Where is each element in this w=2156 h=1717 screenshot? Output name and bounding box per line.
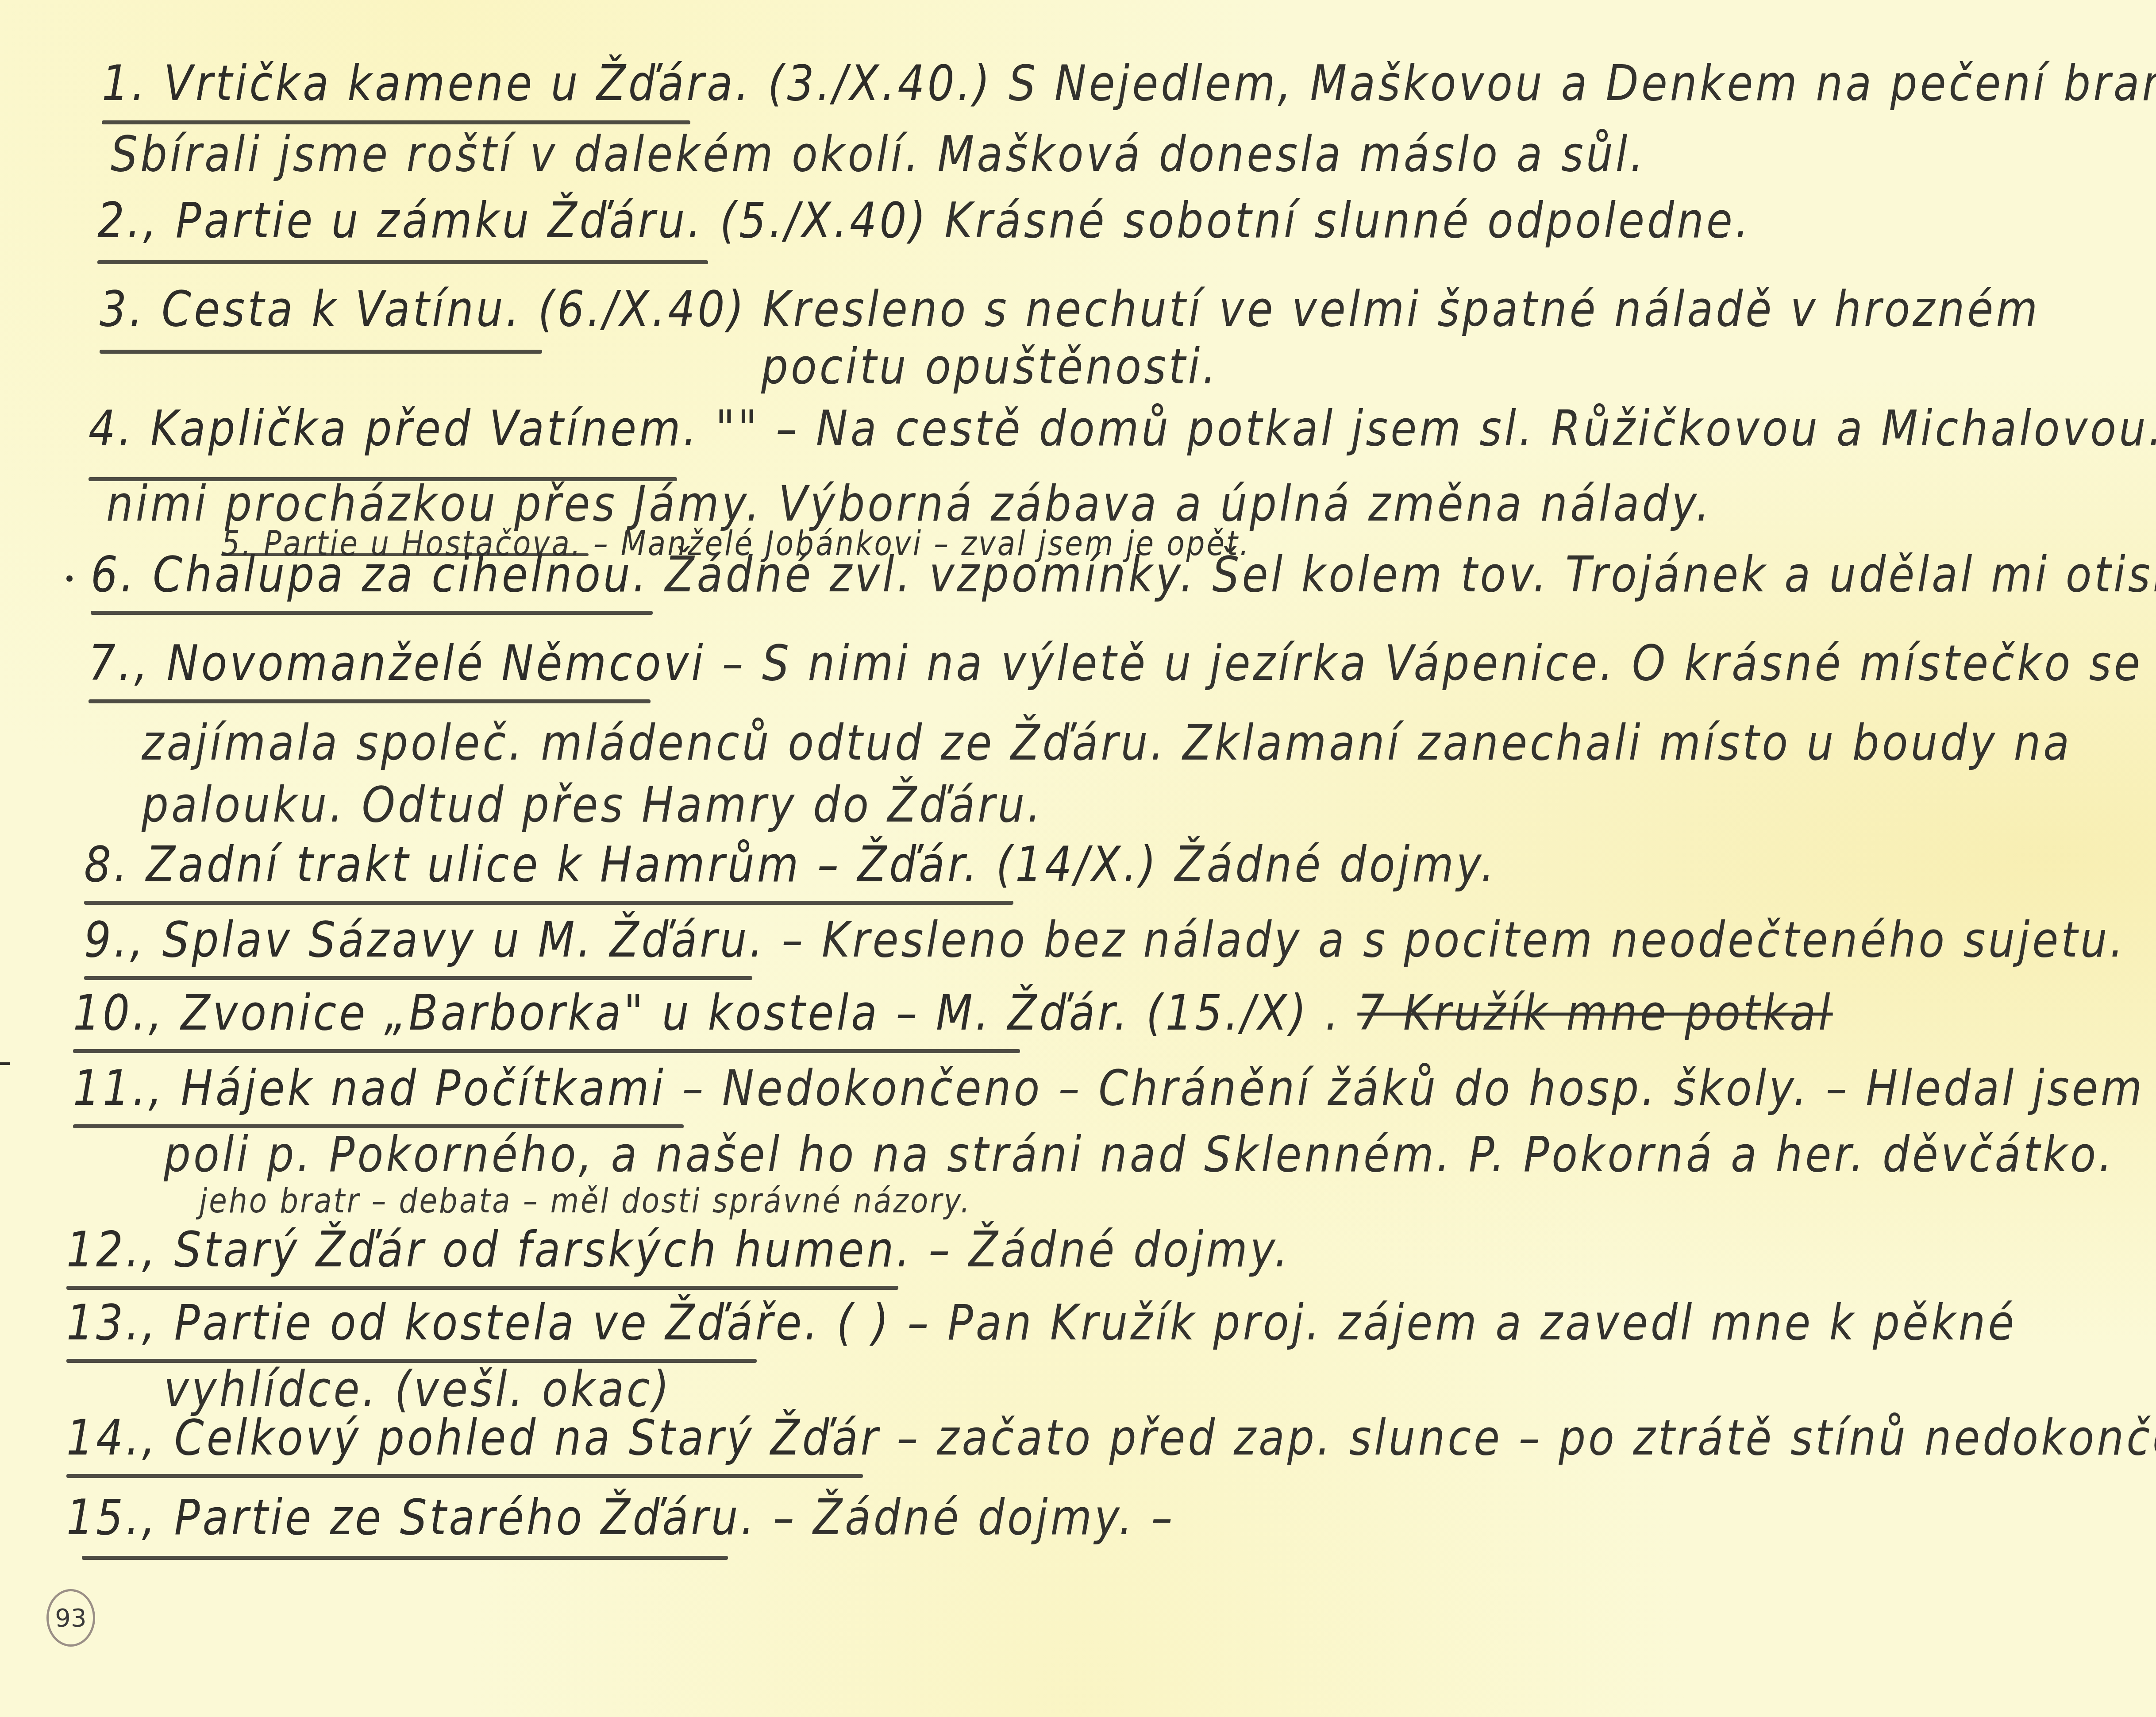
entry-number: 7., xyxy=(89,634,150,691)
title-underline xyxy=(100,350,542,354)
entry-number: 13., xyxy=(66,1294,158,1351)
margin-mark xyxy=(0,1062,10,1065)
entry-12-heading: 12., Starý Žďár od farských humen. – Žád… xyxy=(66,1221,1291,1278)
entry-number: 4. xyxy=(89,400,135,457)
entry-number: 11., xyxy=(73,1059,165,1116)
entry-2-heading: 2., Partie u zámku Žďáru. (5./X.40) Krás… xyxy=(97,192,1751,249)
entry-title: Hájek nad Počítkami xyxy=(181,1059,666,1116)
entry-date: (15./X) xyxy=(1146,984,1309,1041)
entry-note: Žádné zvl. vzpomínky. Šel kolem tov. Tro… xyxy=(665,546,2156,603)
entry-title: Partie ze Starého Žďáru. xyxy=(174,1489,757,1546)
entry-13-heading: 13., Partie od kostela ve Žďáře. ( ) – P… xyxy=(66,1294,2017,1351)
entry-note: – S nimi na výletě u jezírka Vápenice. O… xyxy=(722,634,2143,691)
entry-number: 8. xyxy=(84,836,130,893)
struck-text: 7 Kružík mne potkal xyxy=(1357,984,1833,1041)
entry-note: – Na cestě domů potkal jsem sl. Růžičkov… xyxy=(776,400,2156,457)
entry-number: 15., xyxy=(66,1489,158,1546)
title-underline xyxy=(66,1474,863,1478)
entry-date: ( ) xyxy=(837,1294,891,1351)
title-underline xyxy=(97,260,708,264)
entry-date: (5./X.40) xyxy=(720,192,928,249)
entry-note: – Nedokončeno – Chránění žáků do hosp. š… xyxy=(682,1059,2156,1116)
entry-title: Zvonice „Barborka" u kostela – M. Žďár. xyxy=(181,984,1130,1041)
title-underline xyxy=(102,120,690,124)
entry-note: Kresleno s nechutí ve velmi špatné nálad… xyxy=(763,280,2040,337)
entry-number: 14., xyxy=(66,1409,158,1466)
entry-date: (6./X.40) xyxy=(538,280,747,337)
entry-title: Cesta k Vatínu. xyxy=(162,280,522,337)
entry-note: – začato před zap. slunce – po ztrátě st… xyxy=(897,1409,2156,1466)
entry-3-heading: 3. Cesta k Vatínu. (6./X.40) Kresleno s … xyxy=(100,280,2040,337)
page-number: 93 xyxy=(55,1604,86,1632)
title-underline xyxy=(66,1286,898,1290)
entry-note: – Pan Kružík proj. zájem a zavedl mne k … xyxy=(907,1294,2017,1351)
entry-date: "" xyxy=(716,400,760,457)
page-number-circle: 93 xyxy=(46,1589,95,1647)
entry-date: (14/X.) xyxy=(996,836,1159,893)
title-underline xyxy=(84,976,752,980)
entry-note-line: zajímala společ. mládenců odtud ze Žďáru… xyxy=(142,714,2072,771)
entry-note-line: jeho bratr – debata – měl dosti správné … xyxy=(199,1181,971,1220)
entry-note-line: Sbírali jsme roští v dalekém okolí. Mašk… xyxy=(111,125,1646,182)
handwritten-page: 1. Vrtička kamene u Žďára. (3./X.40.) S … xyxy=(0,0,2156,1717)
entry-title: Novomanželé Němcovi xyxy=(167,634,706,691)
entry-title: Kaplička před Vatínem. xyxy=(150,400,699,457)
entry-note: – Kresleno bez nálady a s pocitem neodeč… xyxy=(782,911,2126,968)
entry-number: 1. xyxy=(102,54,148,112)
entry-15-heading: 15., Partie ze Starého Žďáru. – Žádné do… xyxy=(66,1489,1175,1546)
entry-title: Splav Sázavy u M. Žďáru. xyxy=(162,911,766,968)
title-underline xyxy=(82,1556,728,1560)
title-underline xyxy=(89,699,651,703)
entry-number: 12., xyxy=(66,1221,158,1278)
entry-date: (3./X.40.) xyxy=(768,54,993,112)
entry-note-line: poli p. Pokorného, a našel ho na stráni … xyxy=(164,1126,2115,1183)
entry-note-line: pocitu opuštěnosti. xyxy=(761,338,1219,395)
entry-note: – Žádné dojmy. xyxy=(928,1221,1290,1278)
entry-10-heading: 10., Zvonice „Barborka" u kostela – M. Ž… xyxy=(73,984,1833,1041)
entry-note: . xyxy=(1325,984,1341,1041)
title-underline xyxy=(73,1049,1020,1053)
entry-number: 9., xyxy=(84,911,146,968)
entry-7-heading: 7., Novomanželé Němcovi – S nimi na výle… xyxy=(89,634,2143,691)
entry-note-line: palouku. Odtud přes Hamry do Žďáru. xyxy=(142,776,1043,833)
entry-6-heading: 6. Chalupa za cihelnou. Žádné zvl. vzpom… xyxy=(91,546,2156,603)
entry-9-heading: 9., Splav Sázavy u M. Žďáru. – Kresleno … xyxy=(84,911,2126,968)
entry-title: Partie u zámku Žďáru. xyxy=(176,192,704,249)
entry-11-heading: 11., Hájek nad Počítkami – Nedokončeno –… xyxy=(73,1059,2156,1116)
entry-8-heading: 8. Zadní trakt ulice k Hamrům – Žďár. (1… xyxy=(84,836,1497,893)
margin-mark xyxy=(66,575,73,582)
entry-title: Vrtička kamene u Žďára. xyxy=(164,54,751,112)
entry-number: 3. xyxy=(100,280,146,337)
entry-title: Chalupa za cihelnou. xyxy=(153,546,649,603)
entry-number: 10., xyxy=(73,984,165,1041)
entry-4-heading: 4. Kaplička před Vatínem. "" – Na cestě … xyxy=(89,400,2156,457)
title-underline xyxy=(84,901,1013,905)
entry-note: S Nejedlem, Maškovou a Denkem na pečení … xyxy=(1009,54,2156,112)
entry-note: Krásné sobotní slunné odpoledne. xyxy=(944,192,1751,249)
entry-number: 2., xyxy=(97,192,159,249)
entry-note: Žádné dojmy. xyxy=(1175,836,1497,893)
entry-title: Starý Žďár od farských humen. xyxy=(174,1221,912,1278)
entry-1-heading: 1. Vrtička kamene u Žďára. (3./X.40.) S … xyxy=(102,54,2156,112)
entry-title: Zadní trakt ulice k Hamrům – Žďár. xyxy=(146,836,980,893)
entry-note: – Žádné dojmy. – xyxy=(773,1489,1175,1546)
entry-14-heading: 14., Celkový pohled na Starý Žďár – zača… xyxy=(66,1409,2156,1466)
entry-title: Partie od kostela ve Žďáře. xyxy=(174,1294,820,1351)
entry-title: Celkový pohled na Starý Žďár xyxy=(174,1409,881,1466)
entry-number: 6. xyxy=(91,546,137,603)
title-underline xyxy=(91,611,653,615)
